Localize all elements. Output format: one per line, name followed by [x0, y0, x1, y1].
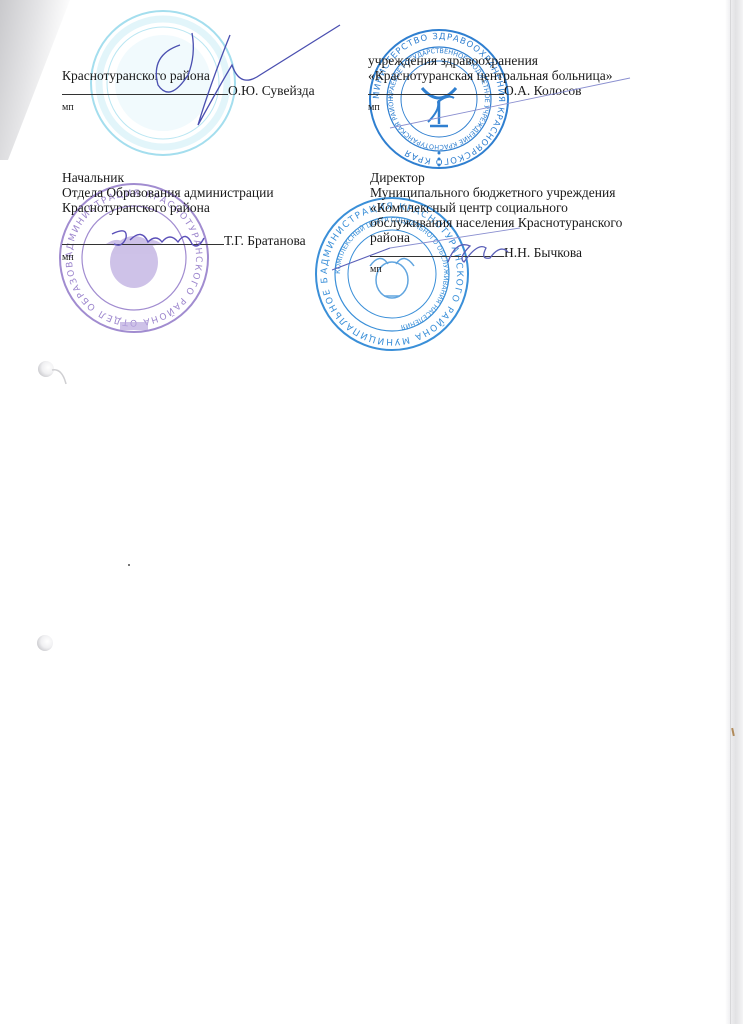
signer-name: О.Ю. Сувейзда [228, 83, 315, 98]
signature-block-bottom-left: Начальник Отдела Образования администрац… [62, 170, 306, 265]
scan-edge-line [730, 0, 731, 1024]
block-line: района [370, 230, 622, 245]
scan-edge-right [725, 0, 743, 1024]
seal-place-label: мп [62, 100, 315, 115]
signature-block-top-left: Красноту­ранского района О.Ю. Сувейзда м… [62, 68, 315, 115]
punch-hole-bottom [37, 635, 53, 651]
scan-fold-shadow [0, 0, 70, 160]
block-line: Директор [370, 170, 622, 185]
block-line: Краснотуранского района [62, 200, 306, 215]
block-line: обслуживания населения Краснотуранского [370, 215, 622, 230]
punch-hole-tear [50, 368, 70, 388]
block-line: «Комплексный центр социального [370, 200, 622, 215]
seal-place-label: мп [368, 100, 612, 115]
signature-block-top-right: учреждения здравоохранения «Краснотуранс… [368, 53, 612, 115]
block-line: Красноту­ранского района [62, 68, 315, 83]
signature-line [62, 244, 224, 245]
signature-line [368, 94, 504, 95]
block-line: Отдела Образования администрации [62, 185, 306, 200]
signature-block-bottom-right: Директор Муниципального бюджетного учреж… [370, 170, 622, 277]
scan-speck [128, 564, 130, 566]
signature-line [370, 256, 504, 257]
signer-name: Н.Н. Бычкова [504, 245, 582, 260]
block-line: Начальник [62, 170, 306, 185]
seal-place-label: мп [370, 262, 622, 277]
block-line: «Краснотуранская центральная больница» [368, 68, 612, 83]
block-line: Муниципального бюджетного учреждения [370, 185, 622, 200]
signature-line [62, 94, 228, 95]
seal-place-label: мп [62, 250, 306, 265]
scanned-document-page: МИНИСТЕРСТВО ЗДРАВООХРАНЕНИЯ КРАСНОЯРСКО… [0, 0, 743, 1024]
signer-name: О.А. Колосов [504, 83, 581, 98]
block-line: учреждения здравоохранения [368, 53, 612, 68]
signer-name: Т.Г. Братанова [224, 233, 306, 248]
